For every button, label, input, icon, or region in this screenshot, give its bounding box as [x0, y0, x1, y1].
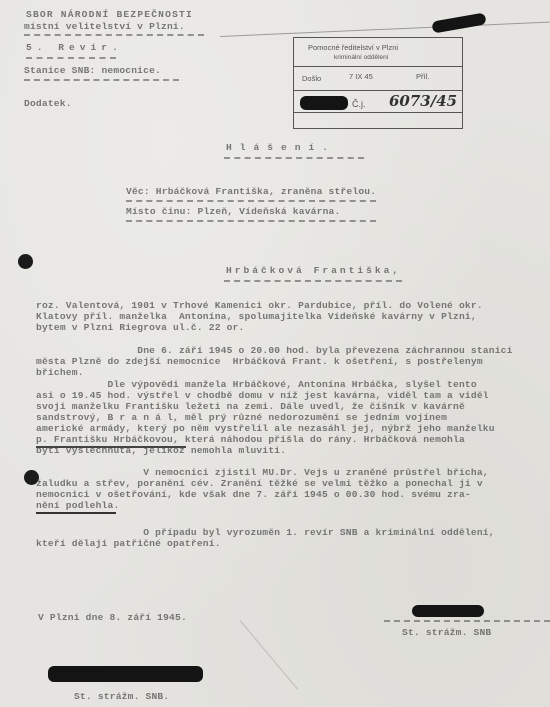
subject-line: Věc: Hrbáčková Františka, zraněna střelo… [126, 186, 376, 198]
district-underline [26, 57, 116, 59]
redaction-mark [48, 666, 203, 682]
redaction-mark [412, 605, 484, 617]
punch-hole-top [18, 254, 33, 269]
handwritten-underline [36, 446, 186, 448]
text-line: kteří dělají patřičné opatření. [36, 538, 221, 550]
stamp-number-value: 6073/45 [389, 92, 457, 110]
text-line: břichem. [36, 367, 84, 379]
stamp-line1: Pomocné ředitelství v Plzni [308, 43, 398, 52]
signature-right: St. strážm. SNB [402, 627, 491, 639]
person-heading-underline [224, 280, 402, 282]
header-org-line1: SBOR NÁRODNÍ BEZPEČNOSTI [26, 9, 193, 21]
scan-scratch [240, 620, 299, 690]
stamp-line2: kriminální oddělení [334, 54, 389, 61]
header-org-line2: místní velitelství v Plzni. [24, 21, 185, 33]
redaction-mark [431, 12, 486, 33]
header-station: Stanice SNB: nemocnice. [24, 65, 161, 77]
scan-scratch [220, 22, 550, 37]
stamp-attachments-label: Příl. [416, 72, 429, 81]
stamp-divider [294, 90, 462, 91]
signature-left: St. strážm. SNB. [74, 691, 169, 703]
text-line: nění podlehla. [36, 500, 119, 512]
date-place: V Plzni dne 8. září 1945. [38, 612, 187, 624]
subject-underline [126, 200, 376, 202]
handwritten-underline [36, 512, 116, 514]
stamp-received-label: Došlo [302, 74, 321, 83]
place-line: Místo činu: Plzeň, Vídeňská kavárna. [126, 206, 340, 218]
station-underline [24, 79, 179, 81]
stamp-divider [294, 112, 462, 113]
header-addendum: Dodatek. [24, 98, 72, 110]
stamp-divider [294, 66, 462, 67]
stamp-received-date: 7 IX 45 [349, 72, 373, 81]
text-line: města Plzně do zdejší nemocnice Hrbáčkov… [36, 356, 483, 368]
text-line: bytem v Plzni Riegrova ul.č. 22 or. [36, 322, 245, 334]
person-heading: Hrbáčková Františka, [226, 265, 401, 277]
header-district: 5. Revír. [26, 42, 123, 54]
signature-line-right [384, 620, 550, 622]
place-underline [126, 220, 376, 222]
stamp-number-label: Č.j. [352, 99, 366, 109]
title-underline [224, 157, 364, 159]
registry-stamp: Pomocné ředitelství v Plzni kriminální o… [293, 37, 463, 129]
header-underline [24, 34, 204, 36]
redaction-mark [300, 96, 348, 110]
scanned-document-page: SBOR NÁRODNÍ BEZPEČNOSTI místní velitels… [0, 0, 550, 707]
document-title: Hlášení. [226, 142, 336, 154]
